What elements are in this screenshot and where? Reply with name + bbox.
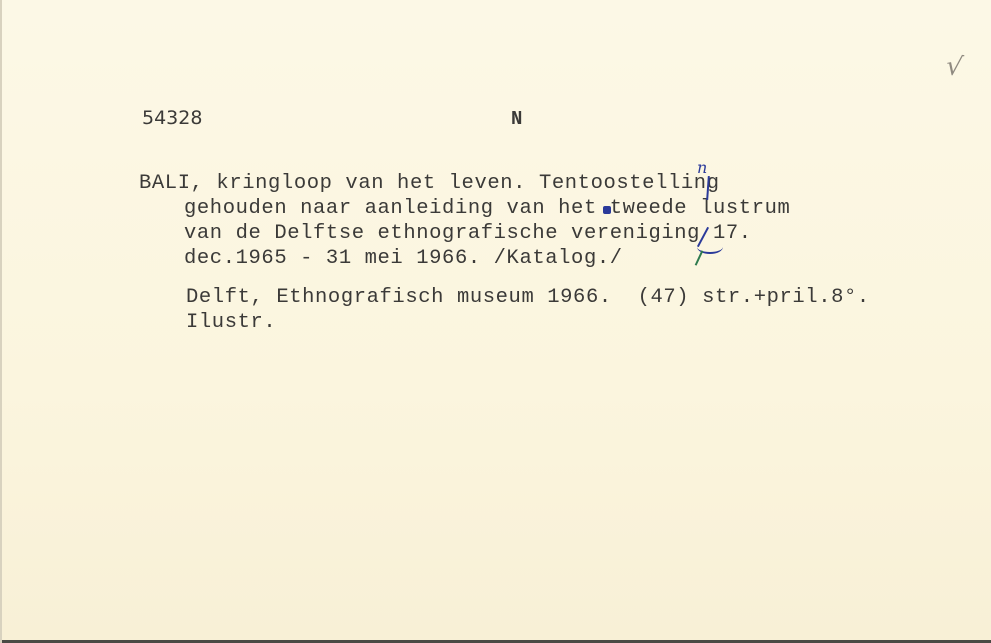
entry-line: van de Delftse ethnografische vereniging… [184,222,752,246]
catalog-card: 54328 N √ BALI, kringloop van het leven.… [0,0,991,643]
entry-line: dec.1965 - 31 mei 1966. /Katalog./ [184,247,623,271]
section-mark: N [511,107,523,131]
catalog-number: 54328 [142,106,202,130]
ink-mark-icon [603,206,611,214]
green-tick-icon [695,250,704,265]
check-mark-icon: √ [944,51,965,83]
imprint-line: Delft, Ethnografisch museum 1966. (47) s… [186,286,870,310]
entry-title-line: BALI, kringloop van het leven. Tentooste… [139,172,720,196]
entry-line: gehouden naar aanleiding van het tweede … [184,197,790,221]
imprint-line: Ilustr. [186,311,276,335]
handwritten-insert-letter: n [697,158,707,177]
